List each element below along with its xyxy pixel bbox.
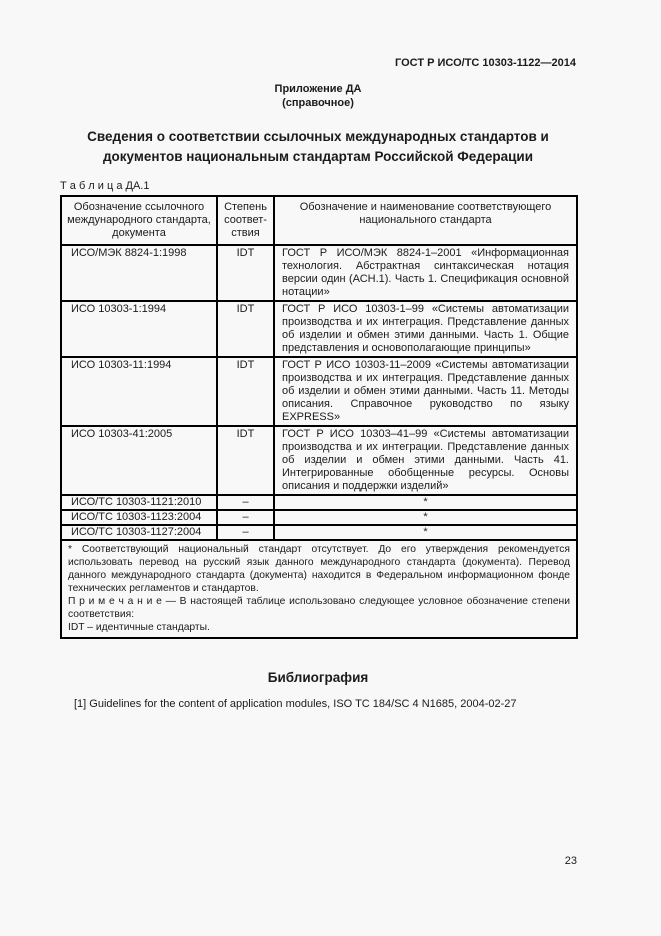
cell-reference: ИСО/ТС 10303-1127:2004 <box>61 525 217 540</box>
cell-degree: IDT <box>217 301 274 357</box>
cell-degree: IDT <box>217 426 274 495</box>
cell-degree: IDT <box>217 245 274 301</box>
footnote-text: * Соответствующий национальный стандарт … <box>68 543 570 595</box>
table-row: ИСО/ТС 10303-1123:2004 – * <box>61 510 577 525</box>
cell-national: ГОСТ Р ИСО 10303–41–99 «Системы автомати… <box>274 426 577 495</box>
cell-reference: ИСО 10303-1:1994 <box>61 301 217 357</box>
cell-national: * <box>274 495 577 510</box>
appendix-heading: Приложение ДА (справочное) <box>60 83 576 110</box>
table-row: ИСО/ТС 10303-1121:2010 – * <box>61 495 577 510</box>
cell-reference: ИСО/ТС 10303-1123:2004 <box>61 510 217 525</box>
column-header-national: Обозначение и наименование соответствующ… <box>274 196 577 245</box>
cell-degree: – <box>217 525 274 540</box>
document-page: ГОСТ Р ИСО/ТС 10303-1122—2014 Приложение… <box>0 0 661 936</box>
table-row: ИСО 10303-41:2005 IDT ГОСТ Р ИСО 10303–4… <box>61 426 577 495</box>
table-row: ИСО/МЭК 8824-1:1998 IDT ГОСТ Р ИСО/МЭК 8… <box>61 245 577 301</box>
doc-number: ГОСТ Р ИСО/ТС 10303-1122—2014 <box>60 57 576 70</box>
table-header-row: Обозначение ссылочного международного ст… <box>61 196 577 245</box>
bibliography-title: Библиография <box>60 670 576 686</box>
bibliography-entry: [1] Guidelines for the content of applic… <box>60 698 576 711</box>
cell-national: ГОСТ Р ИСО/МЭК 8824-1–2001 «Информационн… <box>274 245 577 301</box>
column-header-reference: Обозначение ссылочного международного ст… <box>61 196 217 245</box>
appendix-type: (справочное) <box>60 97 576 111</box>
cell-degree: – <box>217 510 274 525</box>
footnote-note: П р и м е ч а н и е — В настоящей таблиц… <box>68 595 570 621</box>
footnote-idt: IDT – идентичные стандарты. <box>68 621 570 634</box>
cell-reference: ИСО/ТС 10303-1121:2010 <box>61 495 217 510</box>
page-title-line2: документов национальным стандартам Росси… <box>60 147 576 167</box>
cell-reference: ИСО 10303-41:2005 <box>61 426 217 495</box>
page-number: 23 <box>565 855 577 867</box>
appendix-title: Приложение ДА <box>60 83 576 97</box>
cell-degree: IDT <box>217 357 274 426</box>
cell-national: ГОСТ Р ИСО 10303-1–99 «Системы автоматиз… <box>274 301 577 357</box>
table-label: Т а б л и ц а ДА.1 <box>60 180 576 193</box>
cell-national: * <box>274 525 577 540</box>
correspondence-table: Обозначение ссылочного международного ст… <box>60 195 578 639</box>
page-title: Сведения о соответствии ссылочных междун… <box>60 127 576 167</box>
table-row: ИСО/ТС 10303-1127:2004 – * <box>61 525 577 540</box>
table-row: ИСО 10303-11:1994 IDT ГОСТ Р ИСО 10303-1… <box>61 357 577 426</box>
cell-national: ГОСТ Р ИСО 10303-11–2009 «Системы автома… <box>274 357 577 426</box>
cell-reference: ИСО 10303-11:1994 <box>61 357 217 426</box>
table-footnote: * Соответствующий национальный стандарт … <box>61 540 577 638</box>
page-content: ГОСТ Р ИСО/ТС 10303-1122—2014 Приложение… <box>60 0 576 711</box>
cell-degree: – <box>217 495 274 510</box>
cell-national: * <box>274 510 577 525</box>
column-header-degree: Степень соответ-ствия <box>217 196 274 245</box>
table-footnote-row: * Соответствующий национальный стандарт … <box>61 540 577 638</box>
table-row: ИСО 10303-1:1994 IDT ГОСТ Р ИСО 10303-1–… <box>61 301 577 357</box>
page-title-line1: Сведения о соответствии ссылочных междун… <box>60 127 576 147</box>
cell-reference: ИСО/МЭК 8824-1:1998 <box>61 245 217 301</box>
